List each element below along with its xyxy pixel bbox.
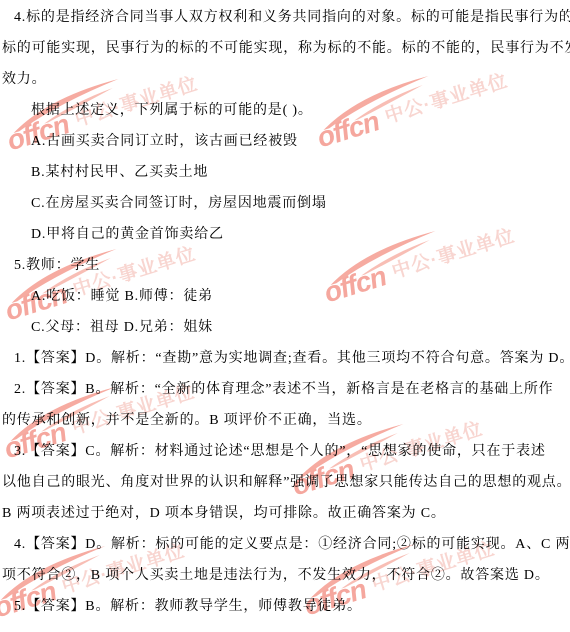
text-line: 项不符合②，B 项个人买卖土地是违法行为，不发生效力，不符合②。故答案选 D。 bbox=[0, 560, 570, 591]
document-body: 4.标的是指经济合同当事人双方权利和义务共同指向的对象。标的可能是指民事行为的 … bbox=[0, 0, 570, 632]
text-line: 标的可能实现，民事行为的标的不可能实现，称为标的不能。标的不能的，民事行为不发生 bbox=[0, 33, 570, 64]
options-ab: A.吃饭：睡觉 B.师傅：徒弟 bbox=[0, 281, 570, 312]
option-b: B.某村村民甲、乙买卖土地 bbox=[0, 157, 570, 188]
text-line: 效力。 bbox=[0, 64, 570, 95]
option-c: C.在房屋买卖合同签订时，房屋因地震而倒塌 bbox=[0, 188, 570, 219]
answer-1: 1.【答案】D。解析：“查勘”意为实地调查;查看。其他三项均不符合句意。答案为 … bbox=[0, 343, 570, 374]
text-line: B 两项表述过于绝对，D 项本身错误，均可排除。故正确答案为 C。 bbox=[0, 498, 570, 529]
option-a: A.古画买卖合同订立时，该古画已经被毁 bbox=[0, 126, 570, 157]
answer-2: 2.【答案】B。解析：“全新的体育理念”表述不当，新格言是在老格言的基础上所作 bbox=[0, 374, 570, 405]
answer-5: 5.【答案】B。解析：教师教导学生，师傅教导徒弟。 bbox=[0, 591, 570, 622]
text-line: 的传承和创新，并不是全新的。B 项评价不正确，当选。 bbox=[0, 405, 570, 436]
text-line: 4.标的是指经济合同当事人双方权利和义务共同指向的对象。标的可能是指民事行为的 bbox=[0, 2, 570, 33]
question-5: 5.教师：学生 bbox=[0, 250, 570, 281]
answer-4: 4.【答案】D。解析：标的可能的定义要点是：①经济合同;②标的可能实现。A、C … bbox=[0, 529, 570, 560]
answer-3: 3.【答案】C。解析：材料通过论述“思想是个人的”，“思想家的使命，只在于表述 bbox=[0, 436, 570, 467]
options-cd: C.父母：祖母 D.兄弟：姐妹 bbox=[0, 312, 570, 343]
text-line: 根据上述定义，下列属于标的可能的是( )。 bbox=[0, 95, 570, 126]
option-d: D.甲将自己的黄金首饰卖给乙 bbox=[0, 219, 570, 250]
text-line: 以他自己的眼光、角度对世界的认识和解释”强调了思想家只能传达自己的思想的观点。A… bbox=[0, 467, 570, 498]
